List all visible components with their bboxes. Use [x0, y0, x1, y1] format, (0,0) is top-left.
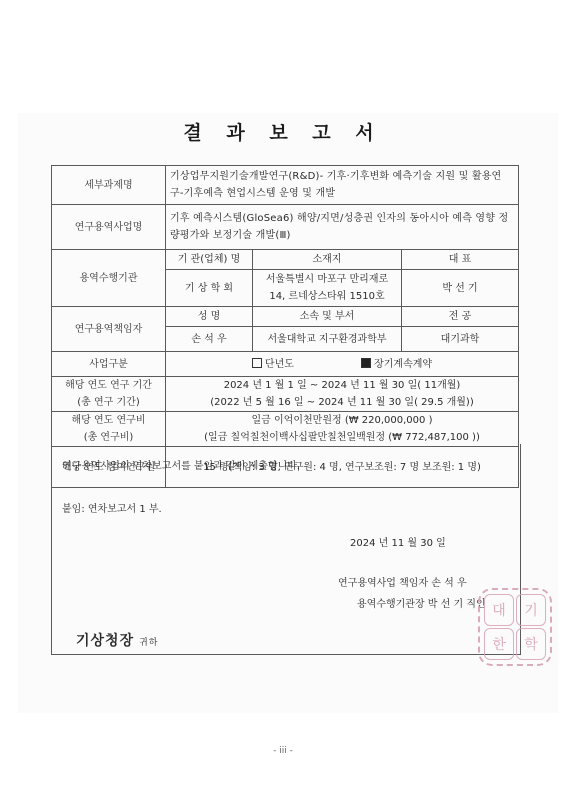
value-researcher-name: 손 석 우: [166, 327, 253, 352]
value-project-name: 기상업무지원기술개발연구(R&D)- 기후·기후변화 예측기술 지원 및 활용연…: [166, 166, 519, 205]
value-representative: 박 선 기: [402, 270, 519, 307]
seal-glyph: 대: [484, 594, 514, 626]
submission-date: 2024 년 11 월 30 일: [350, 534, 446, 549]
addressee: 기상청장귀하: [76, 630, 159, 650]
row-business-type: 사업구분 단년도 장기계속계약: [52, 352, 519, 377]
label-business-type: 사업구분: [52, 352, 166, 377]
value-budget: 일금 이억이천만원정 (₩ 220,000,000 ) (일금 칠억칠천이백사십…: [166, 412, 519, 447]
statement-text: 연구용역사업의 연차보고서를 붙임과 같이 제출합니다.: [62, 457, 300, 472]
label-period: 해당 연도 연구 기간 (총 연구 기간): [52, 377, 166, 412]
report-form-table: 세부과제명 기상업무지원기술개발연구(R&D)- 기후·기후변화 예측기술 지원…: [51, 165, 519, 488]
value-affiliation: 서울대학교 지구환경과학부: [253, 327, 402, 352]
value-period: 2024 년 1 월 1 일 ~ 2024 년 11 월 30 일( 11개월)…: [166, 377, 519, 412]
submission-section: 연구용역사업의 연차보고서를 붙임과 같이 제출합니다. 붙임: 연차보고서 1…: [51, 444, 521, 655]
row-project-name: 세부과제명 기상업무지원기술개발연구(R&D)- 기후·기후변화 예측기술 지원…: [52, 166, 519, 205]
header-major: 전 공: [402, 307, 519, 327]
option-single-year: 단년도: [252, 359, 294, 370]
option-long-term: 장기계속계약: [361, 359, 432, 370]
document-title: 결 과 보 고 서: [0, 118, 566, 145]
signer-researcher: 연구용역사업 책임자 손 석 우: [338, 574, 467, 589]
value-major: 대기과학: [402, 327, 519, 352]
official-seal-stamp: 대 기 한 학: [478, 588, 552, 666]
label-institution: 용역수행기관: [52, 250, 166, 307]
header-researcher-name: 성 명: [166, 307, 253, 327]
label-service-name: 연구용역사업명: [52, 205, 166, 250]
seal-glyph: 학: [516, 628, 546, 660]
row-period: 해당 연도 연구 기간 (총 연구 기간) 2024 년 1 월 1 일 ~ 2…: [52, 377, 519, 412]
label-budget: 해당 연도 연구비 (총 연구비): [52, 412, 166, 447]
value-business-type: 단년도 장기계속계약: [166, 352, 519, 377]
attachment-text: 붙임: 연차보고서 1 부.: [62, 500, 162, 515]
seal-glyph: 기: [516, 594, 546, 626]
header-affiliation: 소속 및 부서: [253, 307, 402, 327]
label-researcher: 연구용역책임자: [52, 307, 166, 352]
checkbox-unchecked-icon: [252, 358, 262, 368]
header-institution-name: 기 관(업체) 명: [166, 250, 253, 270]
row-institution-header: 용역수행기관 기 관(업체) 명 소재지 대 표: [52, 250, 519, 270]
seal-glyph: 한: [484, 628, 514, 660]
row-service-name: 연구용역사업명 기후 예측시스템(GloSea6) 해양/지면/성층권 인자의 …: [52, 205, 519, 250]
checkbox-checked-icon: [361, 358, 371, 368]
value-location: 서울특별시 마포구 만리재로 14, 르네상스타워 1510호: [253, 270, 402, 307]
row-budget: 해당 연도 연구비 (총 연구비) 일금 이억이천만원정 (₩ 220,000,…: [52, 412, 519, 447]
signer-institution-head: 용역수행기관장 박 선 기 직인: [357, 595, 486, 610]
header-location: 소재지: [253, 250, 402, 270]
row-researcher-header: 연구용역책임자 성 명 소속 및 부서 전 공: [52, 307, 519, 327]
label-project-name: 세부과제명: [52, 166, 166, 205]
page-number: - iii -: [0, 746, 566, 756]
header-representative: 대 표: [402, 250, 519, 270]
value-institution-name: 기 상 학 회: [166, 270, 253, 307]
value-service-name: 기후 예측시스템(GloSea6) 해양/지면/성층권 인자의 동아시아 예측 …: [166, 205, 519, 250]
